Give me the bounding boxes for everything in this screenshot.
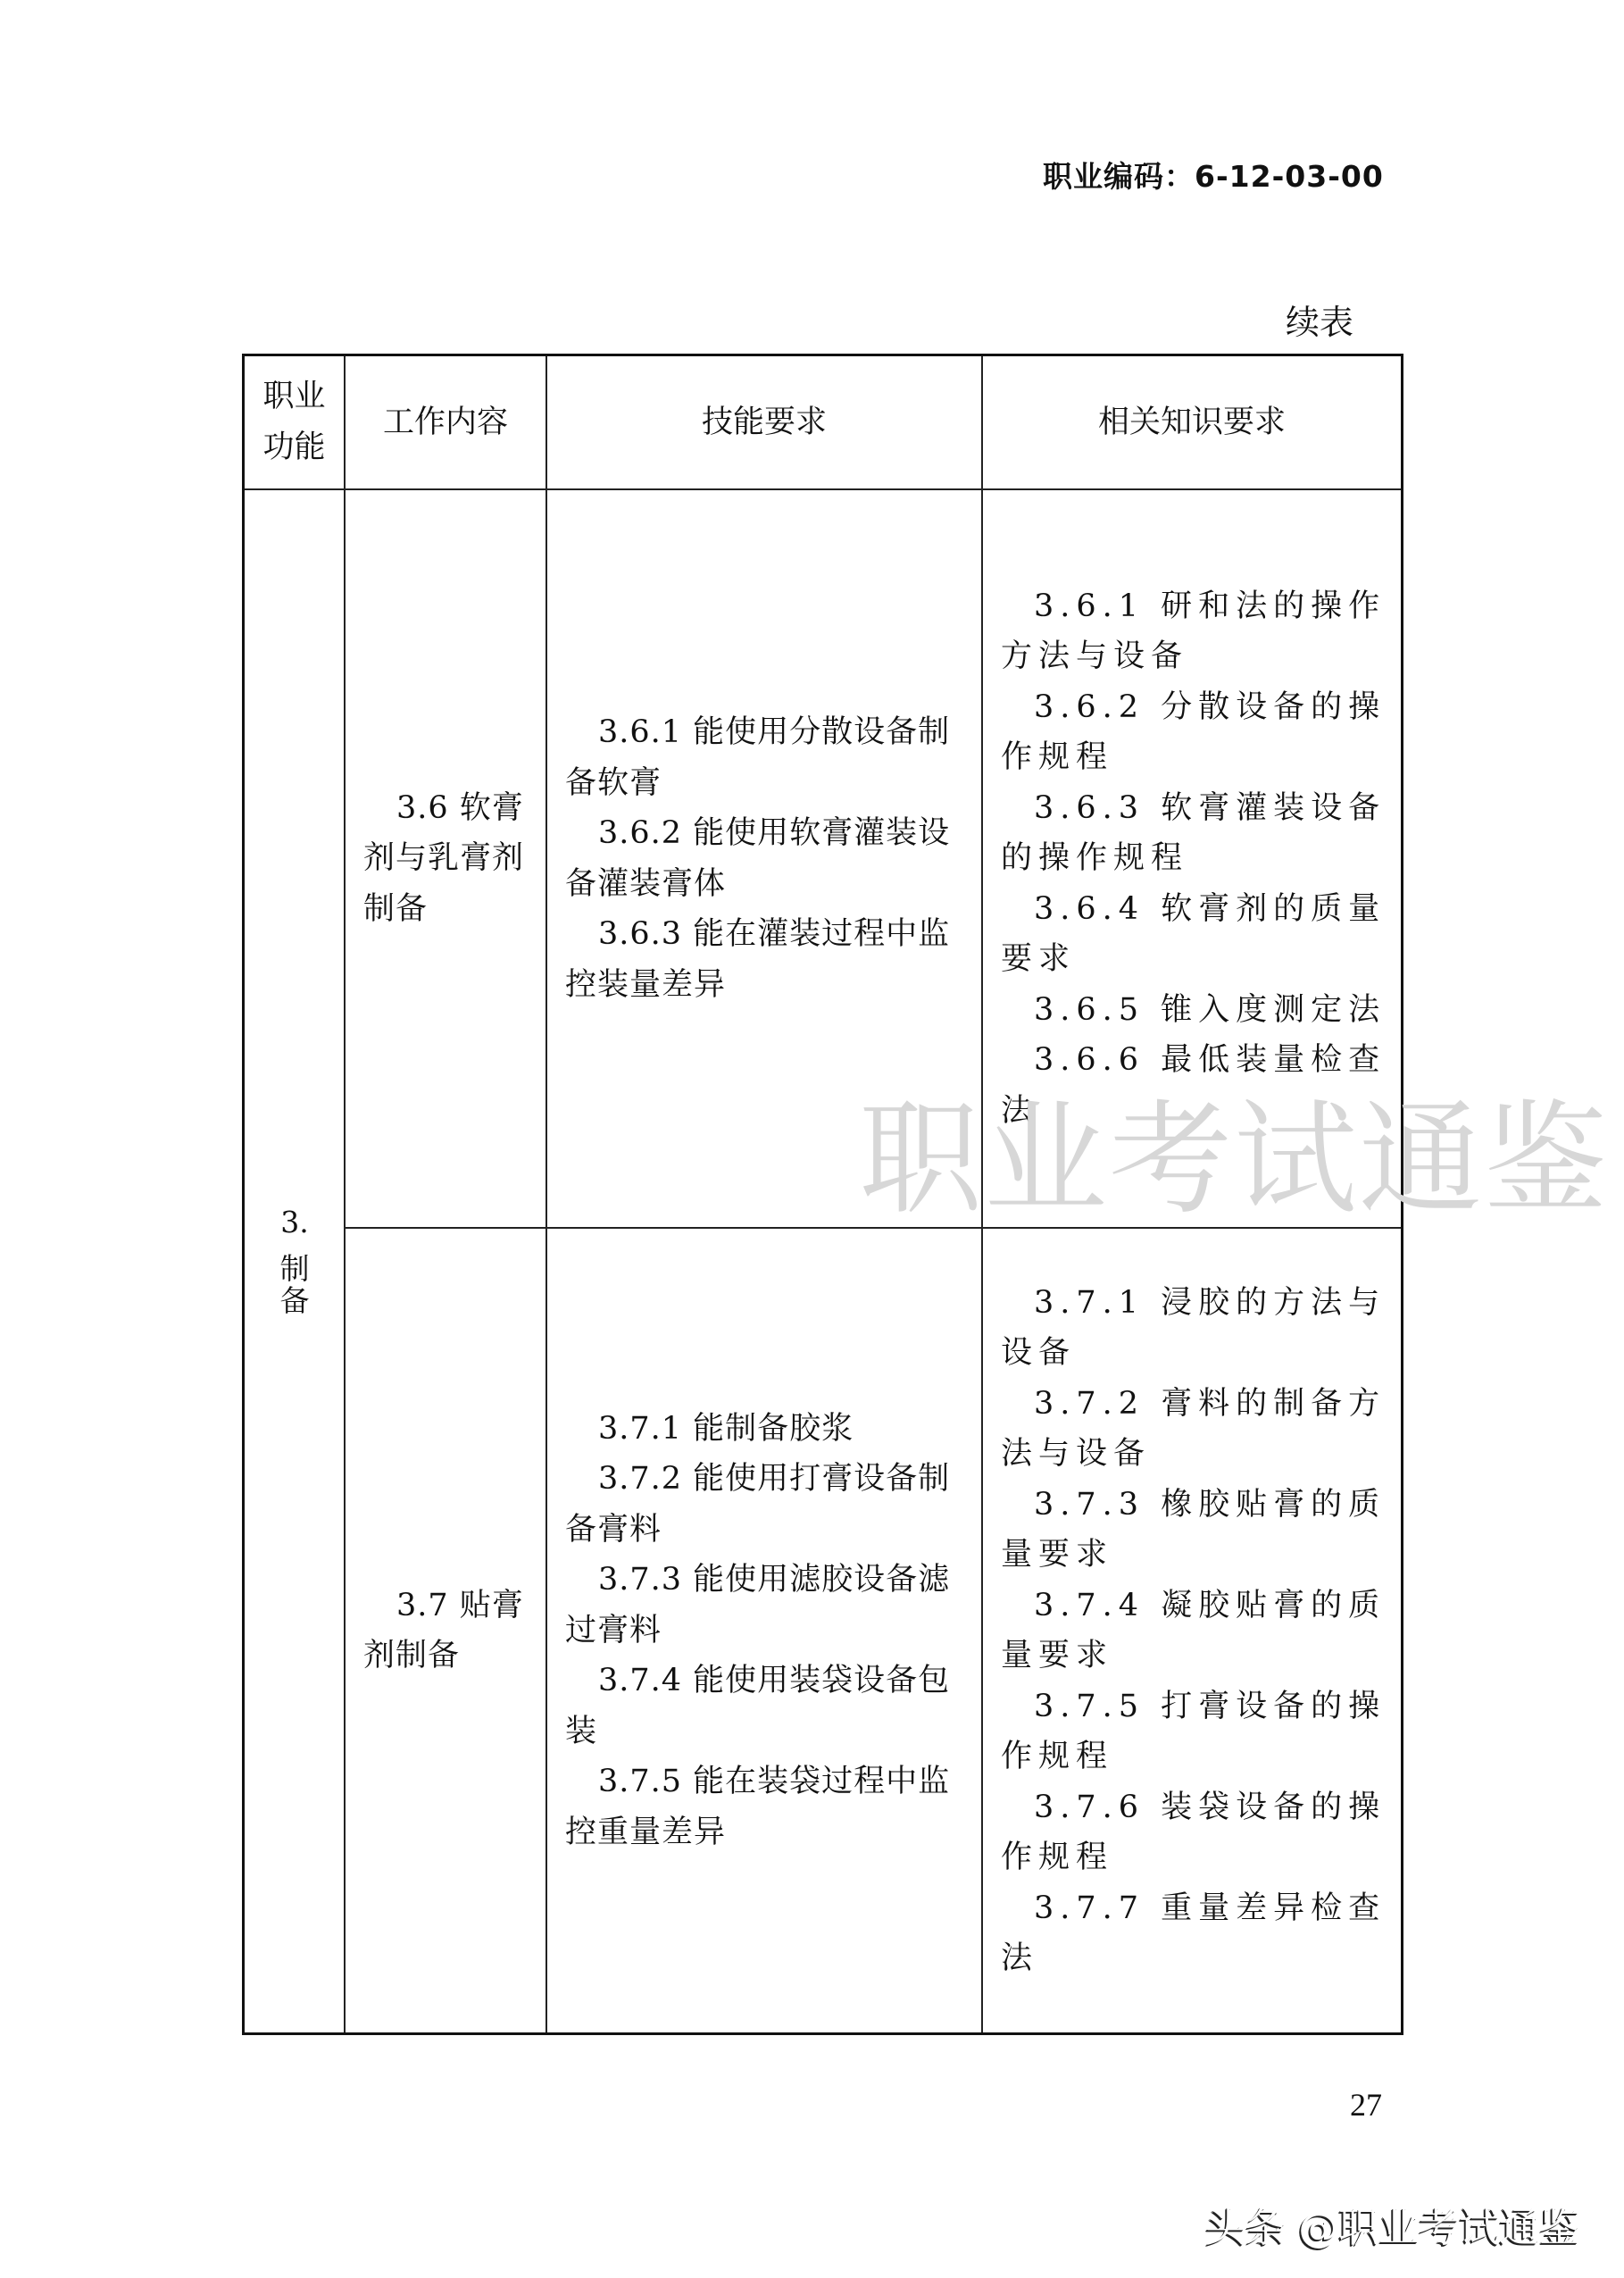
skill-item: 3.7.4 能使用装袋设备包装 — [565, 1656, 967, 1756]
knowledge-item: 3.6.3 软膏灌装设备的操作规程 — [1001, 783, 1387, 884]
knowledge-item: 3.7.5 打膏设备的操作规程 — [1001, 1681, 1387, 1782]
skill-item: 3.6.1 能使用分散设备制备软膏 — [565, 707, 967, 808]
header-work-content: 工作内容 — [346, 356, 545, 488]
knowledge-item: 3.6.5 锥入度测定法 — [1001, 985, 1387, 1036]
header-occupational-function: 职业 功能 — [245, 356, 344, 488]
knowledge-item: 3.6.6 最低装量检查法 — [1001, 1035, 1387, 1136]
function-char-2: 备 — [280, 1285, 310, 1317]
knowledge-item: 3.7.6 装袋设备的操作规程 — [1001, 1782, 1387, 1883]
occupational-function-cell: 3. 制 备 — [245, 490, 345, 2032]
skill-item: 3.6.2 能使用软膏灌装设备灌装膏体 — [565, 808, 967, 909]
knowledge-item: 3.6.2 分散设备的操作规程 — [1001, 682, 1387, 783]
knowledge-item: 3.7.1 浸胶的方法与设备 — [1001, 1278, 1387, 1379]
header-skill-requirements: 技能要求 — [547, 356, 981, 488]
occupation-code: 职业编码：6-12-03-00 — [1043, 154, 1384, 196]
skills-cell: 3.6.1 能使用分散设备制备软膏 3.6.2 能使用软膏灌装设备灌装膏体 3.… — [547, 490, 981, 1227]
work-content-text: 3.7 贴膏剂制备 — [363, 1581, 531, 1681]
skills-cell: 3.7.1 能制备胶浆 3.7.2 能使用打膏设备制备膏料 3.7.3 能使用滤… — [547, 1229, 981, 2032]
knowledge-item: 3.7.7 重量差异检查法 — [1001, 1883, 1387, 1984]
knowledge-cell: 3.6.1 研和法的操作方法与设备 3.6.2 分散设备的操作规程 3.6.3 … — [983, 490, 1401, 1227]
skill-item: 3.7.2 能使用打膏设备制备膏料 — [565, 1454, 967, 1555]
knowledge-cell: 3.7.1 浸胶的方法与设备 3.7.2 膏料的制备方法与设备 3.7.3 橡胶… — [983, 1229, 1401, 2032]
skill-item: 3.7.1 能制备胶浆 — [565, 1404, 967, 1455]
knowledge-item: 3.6.4 软膏剂的质量要求 — [1001, 884, 1387, 985]
header-function-line1: 职业 — [262, 371, 325, 422]
skill-item: 3.7.5 能在装袋过程中监控重量差异 — [565, 1756, 967, 1857]
header-function-line2: 功能 — [262, 422, 325, 473]
page-number: 27 — [1350, 2086, 1382, 2124]
skill-item: 3.7.3 能使用滤胶设备滤过膏料 — [565, 1555, 967, 1656]
function-number: 3. — [280, 1206, 309, 1239]
function-char-1: 制 — [280, 1253, 310, 1285]
knowledge-item: 3.7.2 膏料的制备方法与设备 — [1001, 1379, 1387, 1480]
knowledge-item: 3.7.4 凝胶贴膏的质量要求 — [1001, 1581, 1387, 1681]
knowledge-item: 3.6.1 研和法的操作方法与设备 — [1001, 581, 1387, 682]
continued-table-label: 续表 — [1286, 295, 1353, 344]
header-knowledge-requirements: 相关知识要求 — [983, 356, 1401, 488]
work-content-cell: 3.7 贴膏剂制备 — [346, 1229, 545, 2032]
work-content-cell: 3.6 软膏剂与乳膏剂制备 — [346, 490, 545, 1227]
work-content-text: 3.6 软膏剂与乳膏剂制备 — [363, 783, 531, 935]
skill-item: 3.6.3 能在灌装过程中监控装量差异 — [565, 909, 967, 1010]
knowledge-item: 3.7.3 橡胶贴膏的质量要求 — [1001, 1480, 1387, 1581]
competency-table: 职业 功能 工作内容 技能要求 相关知识要求 3. 制 备 3.6 软膏剂与乳膏… — [242, 354, 1403, 2035]
corner-watermark: 头条 @职业考试通鉴 — [1205, 2195, 1579, 2253]
